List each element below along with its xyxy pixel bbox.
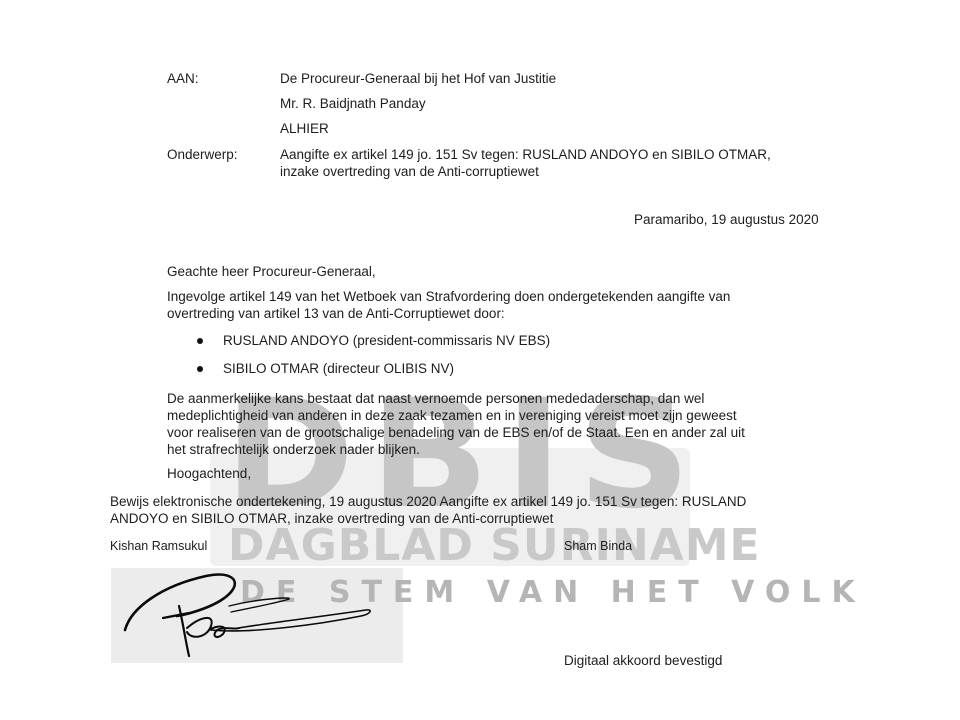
body-line-1: De aanmerkelijke kans bestaat dat naast … <box>167 390 704 407</box>
place-date: Paramaribo, 19 augustus 2020 <box>634 211 819 228</box>
esign-line-2: ANDOYO en SIBILO OTMAR, inzake overtredi… <box>110 510 553 527</box>
closing: Hoogachtend, <box>167 465 251 482</box>
body-line-2: medeplichtigheid van anderen in deze zaa… <box>167 407 737 424</box>
intro-line-1: Ingevolge artikel 149 van het Wetboek va… <box>167 288 730 305</box>
body-line-3: voor realiseren van de grootschalige ben… <box>167 424 745 441</box>
body-line-4: het strafrechtelijk onderzoek nader blij… <box>167 441 420 458</box>
subject-label: Onderwerp: <box>167 146 238 163</box>
recipient-line-2: Mr. R. Baidjnath Panday <box>280 95 426 112</box>
salutation: Geachte heer Procureur-Generaal, <box>167 263 376 280</box>
recipient-line-3: ALHIER <box>280 120 329 137</box>
subject-line-1: Aangifte ex artikel 149 jo. 151 Sv tegen… <box>280 146 771 163</box>
handwritten-signature <box>111 568 403 663</box>
accused-item-2: SIBILO OTMAR (directeur OLIBIS NV) <box>223 360 454 377</box>
recipient-line-1: De Procureur-Generaal bij het Hof van Ju… <box>280 70 556 87</box>
signer-right: Sham Binda <box>564 538 632 555</box>
signer-left: Kishan Ramsukul <box>110 538 207 555</box>
digital-confirmation: Digitaal akkoord bevestigd <box>564 652 722 669</box>
watermark-name: DAGBLAD SURINAME <box>228 522 761 570</box>
accused-item-1: RUSLAND ANDOYO (president-commissaris NV… <box>223 332 550 349</box>
bullet-icon <box>197 366 203 372</box>
intro-line-2: overtreding van artikel 13 van de Anti-C… <box>167 305 505 322</box>
to-label: AAN: <box>167 70 199 87</box>
esign-line-1: Bewijs elektronische ondertekening, 19 a… <box>110 493 746 510</box>
bullet-icon <box>197 338 203 344</box>
subject-line-2: inzake overtreding van de Anti-corruptie… <box>280 163 539 180</box>
